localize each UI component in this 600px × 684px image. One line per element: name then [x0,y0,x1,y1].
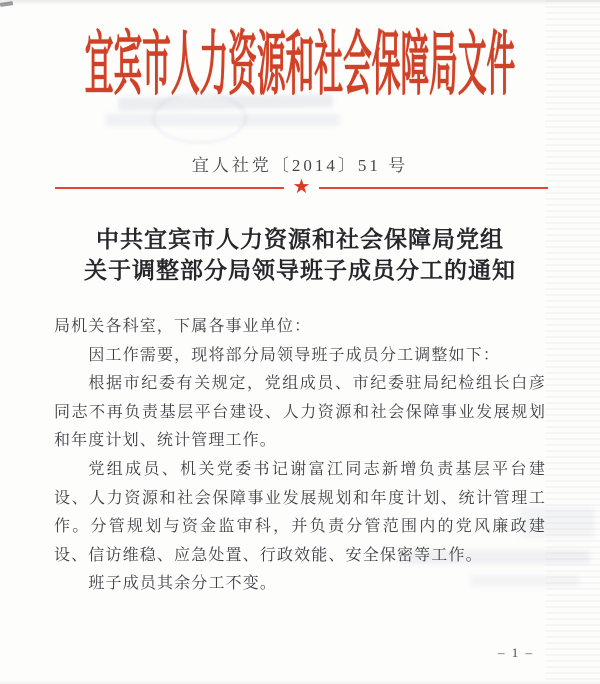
scan-corner-mark [0,1,13,7]
document-body: 局机关各科室，下属各事业单位： 因工作需要，现将部分局领导班子成员分工调整如下：… [54,313,546,599]
letterhead-title: 宜宾市人力资源和社会保障局文件 [85,8,516,109]
document-number: 宜人社党〔2014〕51 号 [0,151,600,176]
scanned-document-page: 宜宾市人力资源和社会保障局文件 宜人社党〔2014〕51 号 ★ 中共宜宾市人力… [0,0,600,684]
document-title-line1: 中共宜宾市人力资源和社会保障局党组 [0,224,600,255]
salutation: 局机关各科室，下属各事业单位： [54,313,546,342]
document-title-line2: 关于调整部分局领导班子成员分工的通知 [0,255,600,286]
page-number: – 1 – [498,645,534,661]
scan-top-edge-shadow [0,0,600,5]
body-paragraph: 因工作需要，现将部分局领导班子成员分工调整如下： [54,342,546,371]
document-title: 中共宜宾市人力资源和社会保障局党组 关于调整部分局领导班子成员分工的通知 [0,224,600,286]
letterhead: 宜宾市人力资源和社会保障局文件 [0,20,600,96]
red-separator: ★ [55,178,548,198]
separator-line-right [319,187,548,189]
separator-line-left [55,187,284,189]
scan-bottom-edge-shadow [0,680,600,684]
bleed-through-artifact [105,114,340,126]
body-paragraph: 班子成员其余分工不变。 [54,570,546,599]
body-paragraph: 根据市纪委有关规定，党组成员、市纪委驻局纪检组长白彦同志不再负责基层平台建设、人… [54,370,546,456]
body-paragraph: 党组成员、机关党委书记谢富江同志新增负责基层平台建设、人力资源和社会保障事业发展… [54,456,546,570]
star-icon: ★ [293,177,311,197]
scan-right-edge-streaks [545,0,600,684]
